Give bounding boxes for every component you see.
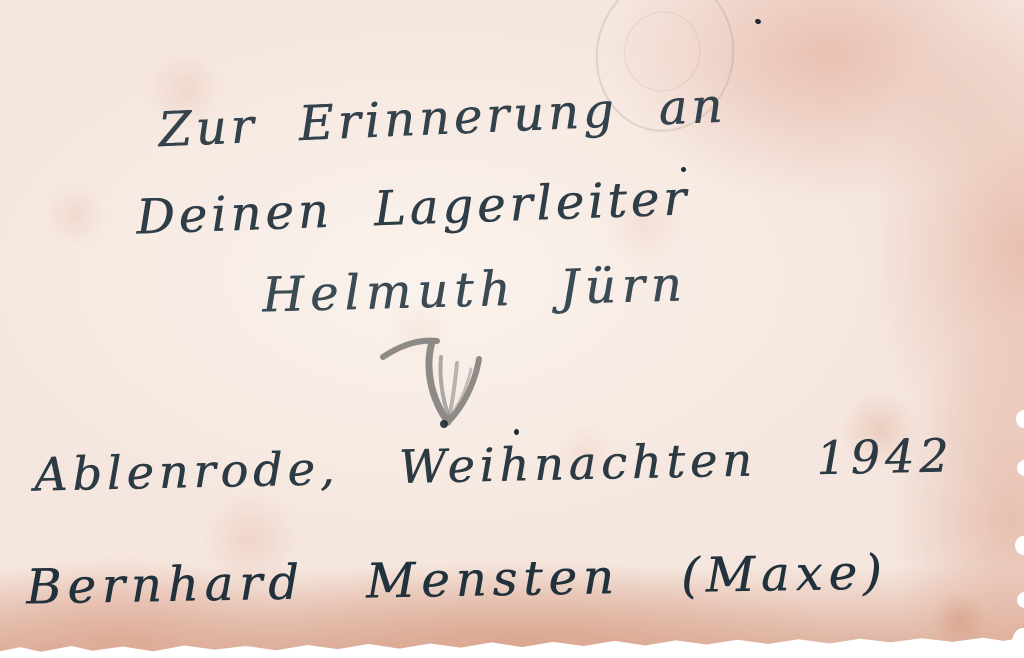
ink-speck: [681, 167, 686, 172]
deckled-edge-bottom: [0, 632, 1024, 658]
deckled-edge-notch: [1017, 460, 1024, 476]
deckled-edge-notch: [1015, 536, 1024, 555]
ink-speck: [754, 18, 761, 25]
handwriting-line-signature: Bernhard Mensten (Maxe): [26, 544, 889, 615]
ink-speck: [514, 429, 519, 435]
ink-speck: [440, 420, 448, 428]
photo-paper: Zur Erinnerung an Deinen Lagerleiter Hel…: [0, 0, 1024, 658]
handwriting-line-name: Helmuth Jürn: [261, 256, 688, 323]
scanned-photo-back: Zur Erinnerung an Deinen Lagerleiter Hel…: [0, 0, 1024, 658]
deckled-edge-notch: [1017, 592, 1024, 608]
handwriting-line-dedication-1: Zur Erinnerung an: [157, 78, 727, 159]
handwriting-line-dedication-2: Deinen Lagerleiter: [135, 170, 691, 245]
deckled-edge-notch: [1016, 410, 1024, 428]
